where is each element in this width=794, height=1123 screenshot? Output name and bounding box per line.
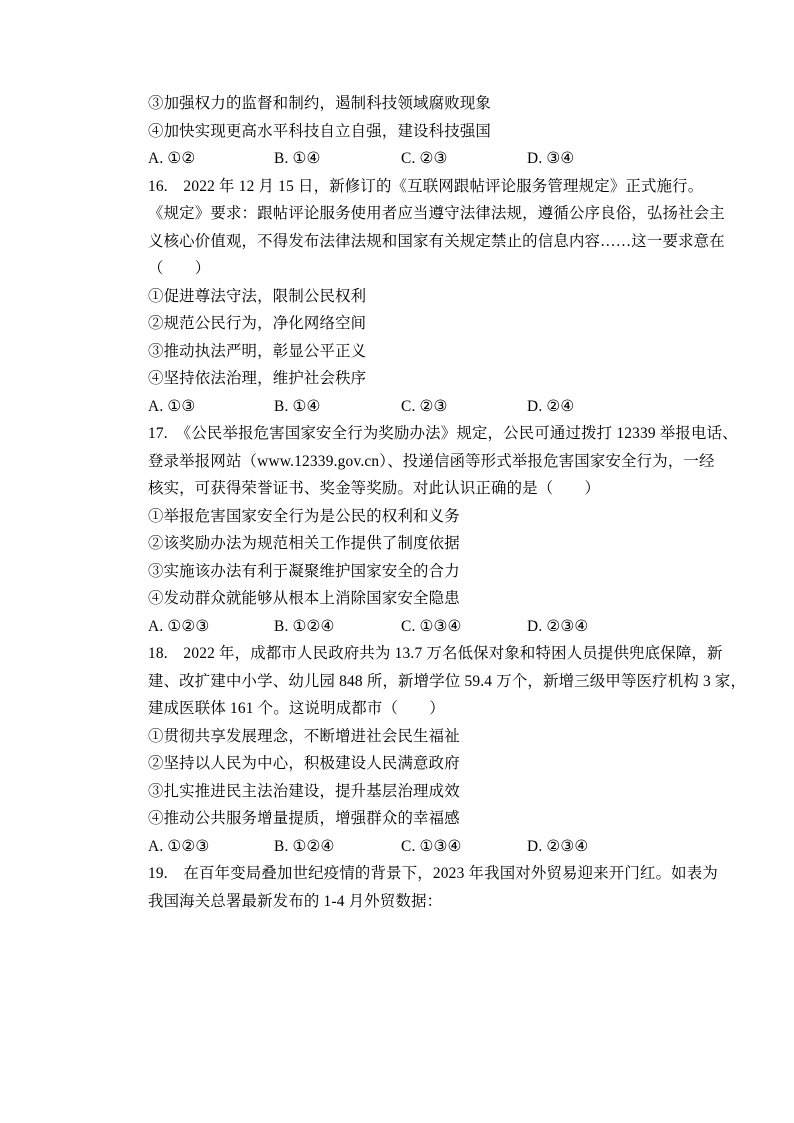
q18-option-b: B. ①②④ bbox=[274, 833, 335, 861]
q17-option-b: B. ①②④ bbox=[274, 613, 335, 641]
document-body: ③加强权力的监督和制约，遏制科技领域腐败现象 ④加快实现更高水平科技自立自强，建… bbox=[148, 90, 768, 915]
q16-stem-line-1: 16. 2022 年 12 月 15 日，新修订的《互联网跟帖评论服务管理规定》… bbox=[148, 173, 768, 201]
q18-statement-3-line: ③扎实推进民主法治建设，提升基层治理成效 bbox=[148, 778, 768, 806]
q17-stem-line-3: 核实，可获得荣誉证书、奖金等奖励。对此认识正确的是（ ） bbox=[148, 475, 768, 503]
q15-option-c: C. ②③ bbox=[401, 145, 448, 173]
q17-options-row: A. ①②③ B. ①②④ C. ①③④ D. ②③④ bbox=[148, 613, 768, 641]
q16-statement-4-line: ④坚持依法治理，维护社会秩序 bbox=[148, 365, 768, 393]
q16-option-b: B. ①④ bbox=[274, 393, 321, 421]
q18-option-c: C. ①③④ bbox=[401, 833, 462, 861]
q18-statement-4-line: ④推动公共服务增量提质，增强群众的幸福感 bbox=[148, 805, 768, 833]
q17-stem-line-2: 登录举报网站（www.12339.gov.cn）、投递信函等形式举报危害国家安全… bbox=[148, 448, 768, 476]
q16-answer-blank: （ ） bbox=[148, 255, 768, 283]
q15-options-row: A. ①② B. ①④ C. ②③ D. ③④ bbox=[148, 145, 768, 173]
q18-statement-1-line: ①贯彻共享发展理念，不断增进社会民生福祉 bbox=[148, 723, 768, 751]
q17-statement-2-line: ②该奖励办法为规范相关工作提供了制度依据 bbox=[148, 530, 768, 558]
q17-statement-4-line: ④发动群众就能够从根本上消除国家安全隐患 bbox=[148, 585, 768, 613]
q16-options-row: A. ①③ B. ①④ C. ②③ D. ②④ bbox=[148, 393, 768, 421]
q17-option-a: A. ①②③ bbox=[148, 613, 209, 641]
q17-option-c: C. ①③④ bbox=[401, 613, 462, 641]
q17-option-d: D. ②③④ bbox=[527, 613, 588, 641]
q16-option-d: D. ②④ bbox=[527, 393, 574, 421]
q18-option-a: A. ①②③ bbox=[148, 833, 209, 861]
q15-option-d: D. ③④ bbox=[527, 145, 574, 173]
q16-statement-3-line: ③推动执法严明，彰显公平正义 bbox=[148, 338, 768, 366]
q18-stem-line-3: 建成医联体 161 个。这说明成都市（ ） bbox=[148, 695, 768, 723]
q16-statement-2-line: ②规范公民行为，净化网络空间 bbox=[148, 310, 768, 338]
q18-stem-line-2: 建、改扩建中小学、幼儿园 848 所，新增学位 59.4 万个，新增三级甲等医疗… bbox=[148, 668, 768, 696]
q16-option-c: C. ②③ bbox=[401, 393, 448, 421]
q18-option-d: D. ②③④ bbox=[527, 833, 588, 861]
q17-statement-1-line: ①举报危害国家安全行为是公民的权利和义务 bbox=[148, 503, 768, 531]
q16-option-a: A. ①③ bbox=[148, 393, 195, 421]
q15-statement-3-line: ③加强权力的监督和制约，遏制科技领域腐败现象 bbox=[148, 90, 768, 118]
exam-paper-page: ③加强权力的监督和制约，遏制科技领域腐败现象 ④加快实现更高水平科技自立自强，建… bbox=[0, 0, 794, 1123]
q17-statement-3-line: ③实施该办法有利于凝聚维护国家安全的合力 bbox=[148, 558, 768, 586]
q17-stem-line-1: 17. 《公民举报危害国家安全行为奖励办法》规定，公民可通过拨打 12339 举… bbox=[148, 420, 768, 448]
q15-option-b: B. ①④ bbox=[274, 145, 321, 173]
q16-stem-line-2: 《规定》要求：跟帖评论服务使用者应当遵守法律法规，遵循公序良俗，弘扬社会主 bbox=[148, 200, 768, 228]
q15-statement-4-line: ④加快实现更高水平科技自立自强，建设科技强国 bbox=[148, 118, 768, 146]
q19-stem-line-1: 19. 在百年变局叠加世纪疫情的背景下，2023 年我国对外贸易迎来开门红。如表… bbox=[148, 860, 768, 888]
q18-options-row: A. ①②③ B. ①②④ C. ①③④ D. ②③④ bbox=[148, 833, 768, 861]
q15-option-a: A. ①② bbox=[148, 145, 195, 173]
q18-statement-2-line: ②坚持以人民为中心，积极建设人民满意政府 bbox=[148, 750, 768, 778]
q18-stem-line-1: 18. 2022 年，成都市人民政府共为 13.7 万名低保对象和特困人员提供兜… bbox=[148, 640, 768, 668]
q16-stem-line-3: 义核心价值观，不得发布法律法规和国家有关规定禁止的信息内容……这一要求意在 bbox=[148, 228, 768, 256]
q19-stem-line-2: 我国海关总署最新发布的 1-4 月外贸数据： bbox=[148, 888, 768, 916]
q16-statement-1-line: ①促进尊法守法，限制公民权利 bbox=[148, 283, 768, 311]
